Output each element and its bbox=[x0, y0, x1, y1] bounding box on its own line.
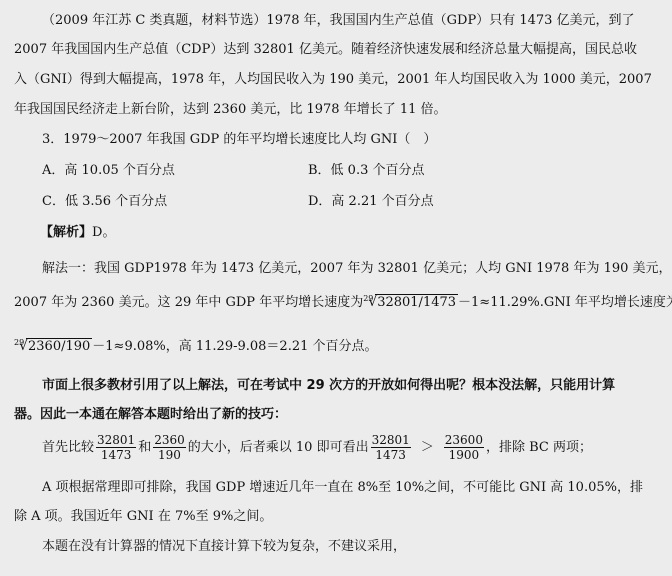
greater-than-sign: ＞ bbox=[421, 440, 434, 455]
root-expression-gdp: 29√32801/1473 bbox=[363, 294, 458, 312]
fraction: 2360190 bbox=[153, 433, 186, 462]
passage-line-2: 2007 年我国国内生产总值（CDP）达到 32801 亿美元。随着经济快速发展… bbox=[14, 41, 637, 59]
commentary-bold-line-1: 市面上很多教材引用了以上解法，可在考试中 29 次方的开放如何得出呢？根本没法解… bbox=[42, 377, 615, 395]
option-a-explanation-2: 除 A 项。我国近年 GNI 在 7%至 9%之间。 bbox=[14, 508, 272, 526]
passage-line-3: 入（GNI）得到大幅提高，1978 年，人均国民收入为 190 美元，2001 … bbox=[14, 71, 652, 89]
analysis-header: 【解析】D。 bbox=[40, 224, 115, 242]
method1-line-2: 2007 年为 2360 美元。这 29 年中 GDP 年平均增长速度为29√3… bbox=[14, 294, 672, 312]
analysis-answer: D。 bbox=[92, 225, 115, 240]
option-d: D．高 2.21 个百分点 bbox=[308, 193, 434, 211]
method1-line-3-tail: －1≈9.08%，高 11.29-9.08＝2.21 个百分点。 bbox=[92, 339, 377, 354]
numerator: 23600 bbox=[444, 433, 484, 448]
method1-line-3: 29√2360/190－1≈9.08%，高 11.29-9.08＝2.21 个百… bbox=[14, 338, 378, 356]
fraction: 328011473 bbox=[371, 433, 411, 462]
option-c: C．低 3.56 个百分点 bbox=[42, 193, 167, 211]
radical-sign-icon: √ bbox=[368, 293, 377, 311]
root-radicand: 2360/190 bbox=[26, 338, 92, 354]
comparison-text: 首先比较 bbox=[42, 440, 94, 455]
numerator: 32801 bbox=[96, 433, 136, 448]
method1-line-2-tail: －1≈11.29%.GNI 年平均增长速度为 bbox=[458, 295, 672, 310]
denominator: 1473 bbox=[371, 448, 411, 462]
passage-line-1: （2009 年江苏 C 类真题，材料节选）1978 年，我国国内生产总值（GDP… bbox=[42, 12, 635, 30]
denominator: 190 bbox=[153, 448, 186, 462]
option-a-explanation-1: A 项根据常理即可排除，我国 GDP 增速近几年一直在 8%至 10%之间，不可… bbox=[42, 479, 643, 497]
denominator: 1473 bbox=[96, 448, 136, 462]
fraction: 328011473 bbox=[96, 433, 136, 462]
fraction: 236001900 bbox=[444, 433, 484, 462]
comparison-text: 的大小，后者乘以 10 即可看出 bbox=[188, 440, 369, 455]
passage-line-4: 年我国国民经济走上新台阶，达到 2360 美元，比 1978 年增长了 11 倍… bbox=[14, 101, 447, 119]
option-b: B．低 0.3 个百分点 bbox=[308, 162, 425, 180]
numerator: 32801 bbox=[371, 433, 411, 448]
method1-line-2-text: 2007 年为 2360 美元。这 29 年中 GDP 年平均增长速度为 bbox=[14, 295, 363, 310]
radical-sign-icon: √ bbox=[19, 337, 28, 355]
analysis-label: 【解析】 bbox=[40, 225, 92, 240]
question-stem: 3．1979～2007 年我国 GDP 的年平均增长速度比人均 GNI（ ） bbox=[42, 131, 436, 149]
root-radicand: 32801/1473 bbox=[375, 294, 458, 310]
denominator: 1900 bbox=[444, 448, 484, 462]
comparison-text: ，排除 BC 两项； bbox=[486, 440, 592, 455]
method1-line-1: 解法一：我国 GDP1978 年为 1473 亿美元，2007 年为 32801… bbox=[42, 260, 672, 278]
final-remark: 本题在没有计算器的情况下直接计算下较为复杂，不建议采用， bbox=[42, 538, 406, 556]
comparison-text: 和 bbox=[138, 440, 151, 455]
numerator: 2360 bbox=[153, 433, 186, 448]
option-a: A．高 10.05 个百分点 bbox=[42, 162, 175, 180]
comparison-line: 首先比较328011473和2360190的大小，后者乘以 10 即可看出328… bbox=[42, 432, 592, 464]
root-expression-gni: 29√2360/190 bbox=[14, 338, 92, 356]
commentary-bold-line-2: 器。因此一本通在解答本题时给出了新的技巧： bbox=[14, 406, 287, 424]
